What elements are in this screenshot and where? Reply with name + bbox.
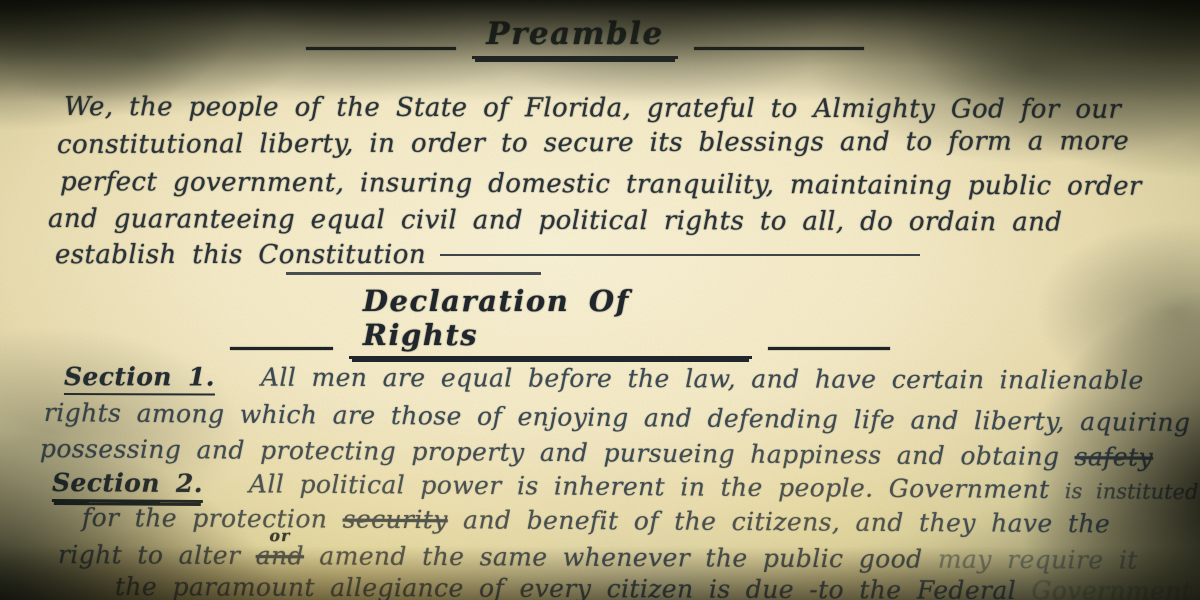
section3-line: the paramount allegiance of every citize…: [115, 572, 1192, 600]
section1-line: possessing and protecting property and p…: [40, 434, 1153, 472]
struck-word: and: [256, 541, 304, 570]
section1-label: Section 1.: [64, 362, 215, 396]
section2-line: Section 2. All political power is inhere…: [52, 468, 1199, 505]
section2-text: amend the same whenever the public good: [319, 541, 922, 573]
section1-line: Section 1. All men are equal before the …: [64, 362, 1144, 395]
section2-line: right to alter orand amend the same when…: [58, 540, 1138, 575]
section2-text: and benefit of the citizens, and they ha…: [463, 505, 1110, 538]
preamble-line: constitutional liberty, in order to secu…: [57, 126, 1129, 160]
section1-text: possessing and protecting property and p…: [40, 434, 1060, 471]
preamble-title: Preamble: [472, 16, 677, 59]
faded-text: may require it: [938, 545, 1138, 575]
heading-rule-right: [768, 347, 890, 350]
section2-text: right to alter: [58, 540, 241, 570]
fill-rule-secondary: [286, 272, 541, 275]
faded-text: Government: [1031, 576, 1192, 600]
heading-rule-left: [306, 47, 456, 50]
section3-text: the paramount allegiance of every citize…: [115, 572, 1016, 600]
section2-line: for the protection security and benefit …: [82, 503, 1110, 538]
correction: orand: [256, 541, 304, 570]
section1-line: rights among which are those of enjoying…: [44, 398, 1191, 437]
inserted-word: or: [269, 526, 290, 545]
preamble-line: establish this Constitution: [55, 240, 920, 270]
heading-rule-left: [230, 347, 333, 350]
section1-text: All men are equal before the law, and ha…: [261, 363, 1144, 395]
preamble-line: perfect government, insuring domestic tr…: [60, 167, 1142, 202]
declaration-title: Declaration Of Rights: [349, 284, 753, 359]
preamble-line-text: establish this Constitution: [55, 240, 426, 270]
section2-text: All political power is inherent in the p…: [249, 469, 1050, 504]
preamble-heading: Preamble: [295, 16, 875, 59]
fill-rule: [440, 254, 920, 256]
section2-label: Section 2.: [52, 468, 203, 503]
struck-word: safety: [1075, 442, 1154, 472]
declaration-heading: Declaration Of Rights: [230, 284, 890, 359]
section2-text: for the protection: [82, 503, 328, 533]
manuscript-photo: Preamble We, the people of the State of …: [0, 0, 1200, 600]
section2-text-tail: is instituted: [1065, 479, 1199, 504]
struck-word: security: [343, 505, 448, 535]
preamble-line: and guaranteeing equal civil and politic…: [48, 204, 1062, 238]
heading-rule-right: [694, 47, 864, 50]
preamble-line: We, the people of the State of Florida, …: [64, 92, 1121, 125]
